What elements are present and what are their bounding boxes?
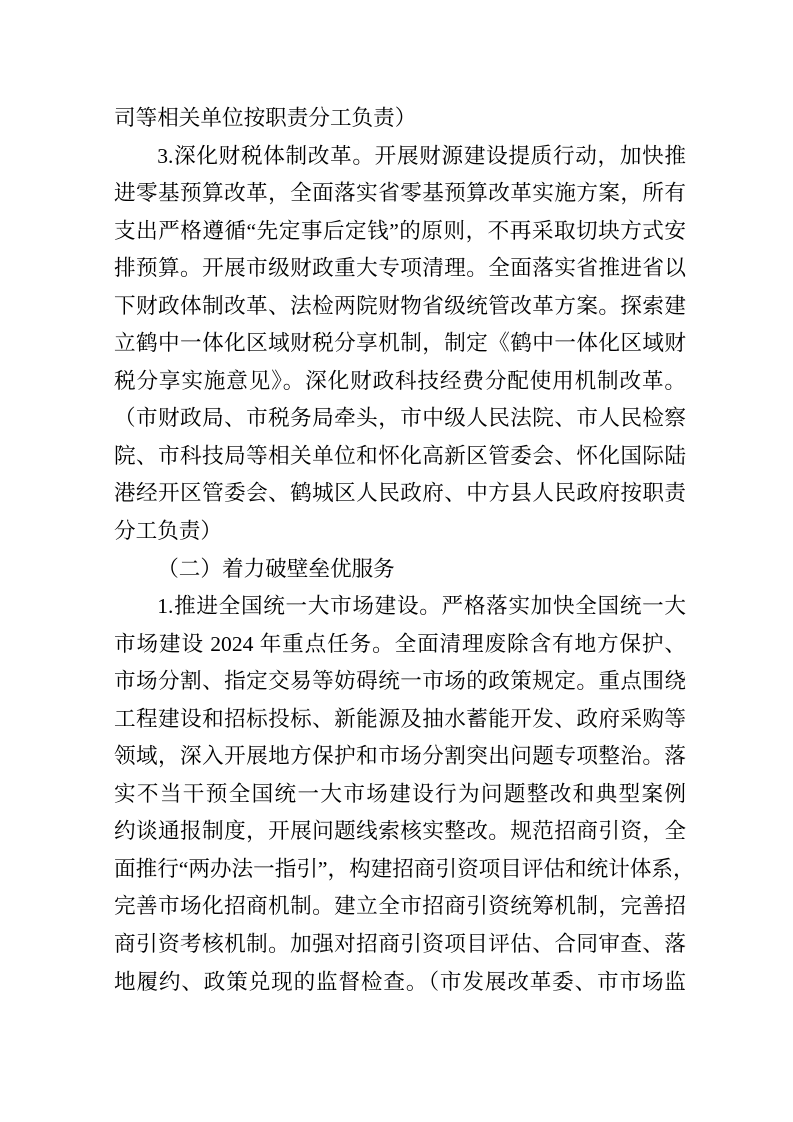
text-line: 院、市科技局等相关单位和怀化高新区管委会、怀化国际陆	[114, 438, 686, 476]
text-line: 面推行“两办法一指引”，构建招商引资项目评估和统计体系，	[114, 851, 686, 889]
text-line: 领域，深入开展地方保护和市场分割突出问题专项整治。落	[114, 738, 686, 776]
para-responsibility-tail: 司等相关单位按职责分工负责）	[114, 100, 686, 138]
text-line: 进零基预算改革，全面落实省零基预算改革实施方案，所有	[114, 175, 686, 213]
text-line: 下财政体制改革、法检两院财物省级统管改革方案。探索建	[114, 288, 686, 326]
text-line: 支出严格遵循“先定事后定钱”的原则，不再采取切块方式安	[114, 213, 686, 251]
text-line: 工程建设和招标投标、新能源及抽水蓄能开发、政府采购等	[114, 701, 686, 739]
text-line: 市场建设 2024 年重点任务。全面清理废除含有地方保护、	[114, 626, 686, 664]
text-line: 港经开区管委会、鹤城区人民政府、中方县人民政府按职责	[114, 475, 686, 513]
text-line: 3.深化财税体制改革。开展财源建设提质行动，加快推	[114, 138, 686, 176]
text-line: 排预算。开展市级财政重大专项清理。全面落实省推进省以	[114, 250, 686, 288]
text-line: 税分享实施意见》。深化财政科技经费分配使用机制改革。	[114, 363, 686, 401]
text-line: 完善市场化招商机制。建立全市招商引资统筹机制，完善招	[114, 888, 686, 926]
document-body: 司等相关单位按职责分工负责）3.深化财税体制改革。开展财源建设提质行动，加快推进…	[114, 100, 686, 1001]
text-line: 司等相关单位按职责分工负责）	[114, 100, 686, 138]
document-page: 司等相关单位按职责分工负责）3.深化财税体制改革。开展财源建设提质行动，加快推进…	[0, 0, 793, 1122]
text-line: 地履约、政策兑现的监督检查。（市发展改革委、市市场监	[114, 964, 686, 1002]
text-line: 立鹤中一体化区域财税分享机制，制定《鹤中一体化区域财	[114, 325, 686, 363]
text-line: （市财政局、市税务局牵头，市中级人民法院、市人民检察	[114, 400, 686, 438]
text-line: 分工负责）	[114, 513, 686, 551]
text-line: 约谈通报制度，开展问题线索核实整改。规范招商引资，全	[114, 813, 686, 851]
text-line: （二）着力破壁垒优服务	[114, 551, 686, 589]
para-item-3-fiscal-tax-reform: 3.深化财税体制改革。开展财源建设提质行动，加快推进零基预算改革，全面落实省零基…	[114, 138, 686, 551]
text-line: 市场分割、指定交易等妨碍统一市场的政策规定。重点围绕	[114, 663, 686, 701]
text-line: 1.推进全国统一大市场建设。严格落实加快全国统一大	[114, 588, 686, 626]
text-line: 商引资考核机制。加强对招商引资项目评估、合同审查、落	[114, 926, 686, 964]
heading-section-2: （二）着力破壁垒优服务	[114, 551, 686, 589]
text-line: 实不当干预全国统一大市场建设行为问题整改和典型案例	[114, 776, 686, 814]
para-item-1-unified-national-market: 1.推进全国统一大市场建设。严格落实加快全国统一大市场建设 2024 年重点任务…	[114, 588, 686, 1001]
